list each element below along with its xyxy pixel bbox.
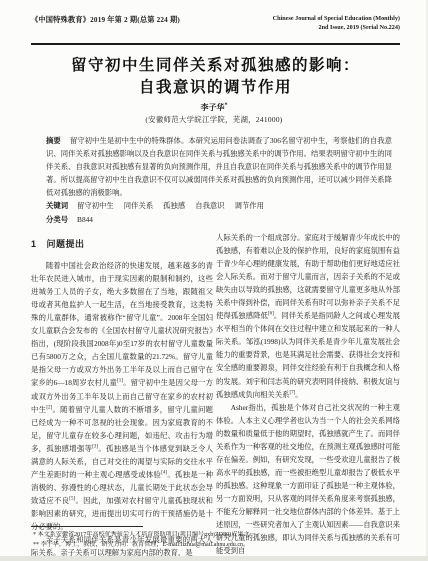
paper-title: 留守初中生同伴关系对孤独感的影响： 自我意识的调节作用 [31, 55, 400, 98]
keyword-item: 留守初中生 [77, 201, 114, 210]
keywords-line: 关键词留守初中生同伴关系孤独感自我意识调节作用 [46, 199, 392, 212]
journal-name-cn: 《中国特殊教育》2019 年第 2 期(总第 224 期) [31, 15, 180, 25]
scan-edge-bottom [0, 556, 428, 561]
paper-page: 《中国特殊教育》2019 年第 2 期(总第 224 期) Chinese Jo… [0, 0, 428, 561]
classification-label: 分类号 [46, 215, 68, 224]
author-footnote-mark: * [225, 102, 228, 108]
keyword-item: 自我意识 [195, 201, 224, 210]
abstract-text: 留守初中生是初中生中的特殊群体。本研究运用问卷法调查了306名留守初中生，考察他… [46, 136, 392, 197]
keyword-item: 孤独感 [163, 201, 185, 210]
footnote-divider [31, 526, 143, 527]
journal-name-en-line1: Chinese Journal of Special Education (Mo… [273, 15, 400, 24]
keywords-label: 关键词 [46, 201, 68, 210]
abstract-paragraph: 摘要留守初中生是初中生中的特殊群体。本研究运用问卷法调查了306名留守初中生，考… [46, 134, 392, 199]
page-header: 《中国特殊教育》2019 年第 2 期(总第 224 期) Chinese Jo… [31, 15, 400, 32]
journal-name-en: Chinese Journal of Special Education (Mo… [273, 15, 400, 32]
body-column-left: 1问题提出 随着中国社会政治经济的快速发展，越来越多的青壮年农民进入城市，由于现… [31, 238, 213, 559]
paper-title-line1: 留守初中生同伴关系对孤独感的影响： [31, 55, 400, 77]
section-title: 问题提出 [47, 239, 85, 249]
footnotes: * 本文系安徽省2017年高校优秀拔尖人才培育资助项目(项目编号gxbjZD80… [33, 531, 404, 550]
footnote-line: * 本文系安徽省2017年高校优秀拔尖人才培育资助项目(项目编号gxbjZD80… [33, 531, 404, 541]
section-number: 1 [31, 239, 37, 249]
header-rule [31, 43, 400, 45]
section-heading: 1问题提出 [31, 238, 213, 251]
body-paragraph: 人际关系的一个组成部分。家庭对于缓解青少年成长中的孤独感，有着难以企及的保护作用… [216, 231, 400, 401]
footnote-line: ** 李子华，博士，教授，研究方向：教育管理，E-mail:lizhua@mai… [33, 541, 404, 551]
classification-line: 分类号B844 [46, 213, 392, 226]
body-column-right: 人际关系的一个组成部分。家庭对于缓解青少年成长中的孤独感，有着难以企及的保护作用… [216, 231, 400, 557]
classification-value: B844 [77, 215, 93, 224]
author-name: 李子华* [0, 102, 428, 113]
author-affiliation: (安徽师范大学皖江学院，芜湖，241000) [0, 114, 428, 125]
journal-name-en-line2: 2nd Issue, 2019 (Serial No.224) [273, 24, 400, 33]
body-paragraph: 随着中国社会政治经济的快速发展，越来越多的青壮年农民进入城市，由于现实因素的限制… [31, 259, 213, 533]
paper-title-line2: 自我意识的调节作用 [31, 77, 400, 99]
keyword-item: 同伴关系 [124, 201, 153, 210]
abstract-label: 摘要 [46, 136, 61, 145]
keyword-item: 调节作用 [235, 201, 264, 210]
abstract-block: 摘要留守初中生是初中生中的特殊群体。本研究运用问卷法调查了306名留守初中生，考… [46, 134, 392, 226]
